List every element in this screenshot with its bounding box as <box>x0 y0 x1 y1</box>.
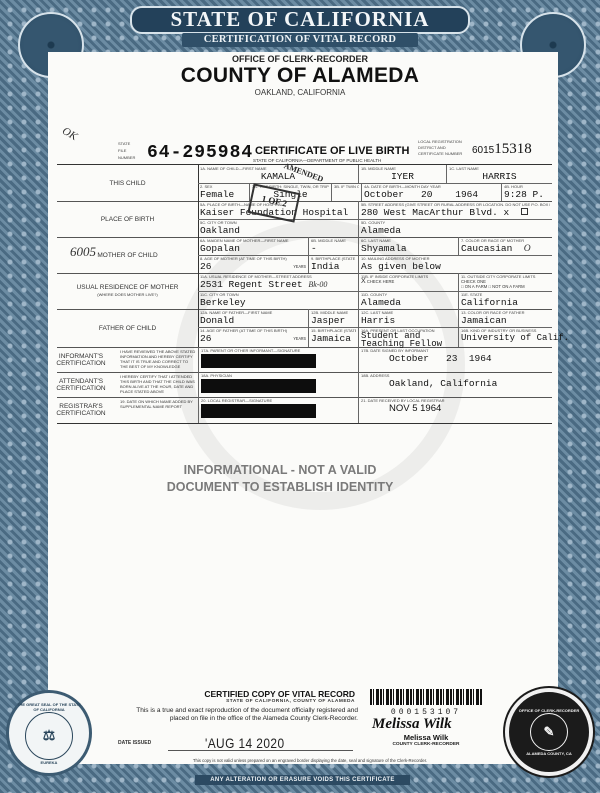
field-hour: 4b. HOUR9:28 P. <box>501 183 552 201</box>
state-file-labels: STATE FILE NUMBER <box>118 140 135 161</box>
seal-text: ALAMEDA COUNTY, CA <box>526 751 571 756</box>
field-child-last-name: 1c. LAST NAMEHARRIS <box>446 165 552 183</box>
field-date-received: 21. DATE RECEIVED BY LOCAL REGISTRARNOV … <box>358 397 552 423</box>
date-issued-line <box>168 750 353 751</box>
birth-day: 20 <box>421 189 432 200</box>
field-value: Jamaican <box>461 315 550 326</box>
field-value: 2531 Regent Street <box>200 279 303 290</box>
section-note: (WHERE DOES MOTHER LIVE?) <box>97 291 157 298</box>
field-outside-limits: 11. OUTSIDE CITY CORPORATE LIMITSCHECK O… <box>458 273 552 291</box>
alteration-warning: ANY ALTERATION OR ERASURE VOIDS THIS CER… <box>195 775 410 785</box>
field-value: Gopalan <box>200 243 306 254</box>
unit-label: YEARS <box>293 338 306 343</box>
field-mother-birthplace: 9. BIRTHPLACE (STATE OR FOREIGN COUNTRY)… <box>308 255 358 273</box>
book-quill-icon: ✎ <box>530 713 568 751</box>
field-value: 26 <box>200 261 211 272</box>
clerk-recorder-seal: OFFICE OF CLERK-RECORDER ✎ ALAMEDA COUNT… <box>505 688 593 776</box>
field-mother-age: 8. AGE OF MOTHER (AT TIME OF THIS BIRTH)… <box>198 255 308 273</box>
field-street-address: 5b. STREET ADDRESS (GIVE STREET OR RURAL… <box>358 201 552 219</box>
informational-notice: INFORMATIONAL - NOT A VALID DOCUMENT TO … <box>160 462 400 496</box>
field-father-occupation: 16a. PRESENT OR LAST OCCUPATIONStudent a… <box>358 327 458 347</box>
field-sex: 2. SEXFemale <box>198 183 249 201</box>
state-banner: STATE OF CALIFORNIA CERTIFICATION OF VIT… <box>130 6 470 50</box>
section-usual-residence: USUAL RESIDENCE OF MOTHER(WHERE DOES MOT… <box>57 273 199 309</box>
county-title: COUNTY OF ALAMEDA <box>0 64 600 88</box>
field-informant-date: 17b. DATE SIGNED BY INFORMANTOctober 23 … <box>358 347 552 372</box>
section-informant: INFORMANT'S CERTIFICATION <box>57 347 105 372</box>
local-registration-number: 601515318 <box>472 141 532 158</box>
registrar-statement: 19. DATE ON WHICH NAME ADDED BY SUPPLEME… <box>120 399 196 409</box>
field-local-registrar: 20. LOCAL REGISTRAR—SIGNATURE <box>198 397 358 423</box>
field-father-color: 13. COLOR OR RACE OF FATHERJamaican <box>458 309 552 327</box>
field-value: Harris <box>361 315 456 326</box>
row-informant: INFORMANT'S CERTIFICATION I HAVE REVIEWE… <box>57 347 552 373</box>
field-father-age: 14. AGE OF FATHER (AT TIME OF THIS BIRTH… <box>198 327 308 347</box>
handwritten-side-note: 6005 <box>70 244 96 260</box>
field-mother-last-name: 6c. LAST NAMEShyamala <box>358 237 458 255</box>
section-this-child: THIS CHILD <box>57 165 199 201</box>
field-value: Alameda <box>361 225 550 236</box>
file-label: FILE <box>118 147 135 154</box>
redaction-bar <box>201 354 316 368</box>
row-place-of-birth: PLACE OF BIRTH 5a. PLACE OF BIRTH—NAME O… <box>57 201 552 238</box>
field-value: KAMALA <box>200 171 356 182</box>
field-label: 18a. PHYSICIAN <box>201 373 356 378</box>
field-father-middle-name: 12b. MIDDLE NAMEJasper <box>308 309 358 327</box>
field-mother-middle-name: 6b. MIDDLE NAME- <box>308 237 358 255</box>
local-district: 6015 <box>472 145 494 156</box>
field-value: Jamaica <box>311 333 356 344</box>
clerk-signature: Melissa Wilk <box>372 716 452 733</box>
local-label: CERTIFICATE NUMBER <box>418 151 462 157</box>
banner-title: STATE OF CALIFORNIA <box>130 6 470 34</box>
inside-limits-checkbox: x <box>361 278 366 285</box>
section-father-of-child: FATHER OF CHILD <box>57 309 199 347</box>
section-place-of-birth: PLACE OF BIRTH <box>57 201 199 237</box>
section-label: USUAL RESIDENCE OF MOTHER <box>77 284 179 291</box>
seal-text: THE GREAT SEAL OF THE STATE OF CALIFORNI… <box>14 702 84 712</box>
inside-city-checkbox: x <box>504 207 510 218</box>
date-issued-label: DATE ISSUED <box>118 740 151 746</box>
field-value: 26 <box>200 333 211 344</box>
field-attendant-address: 18b. ADDRESSOakland, California <box>358 372 552 397</box>
row-registrar: REGISTRAR'S CERTIFICATION 19. DATE ON WH… <box>57 397 552 423</box>
field-father-birthplace: 15. BIRTHPLACE (STATE OR FOREIGN COUNTRY… <box>308 327 358 347</box>
row-father: FATHER OF CHILD 12a. NAME OF FATHER—FIRS… <box>57 309 552 348</box>
field-residence-street: 11a. USUAL RESIDENCE OF MOTHER—STREET AD… <box>198 273 358 291</box>
county-city: OAKLAND, CALIFORNIA <box>0 88 600 97</box>
field-value: As given below <box>361 261 550 272</box>
checkbox-label: CHECK HERE <box>367 279 394 284</box>
banner-subtitle: CERTIFICATION OF VITAL RECORD <box>182 33 418 47</box>
field-value: Jasper <box>311 315 356 326</box>
great-seal-of-california: THE GREAT SEAL OF THE STATE OF CALIFORNI… <box>6 690 92 776</box>
notice-line: DOCUMENT TO ESTABLISH IDENTITY <box>160 479 400 496</box>
handwritten-note: O <box>524 244 531 254</box>
field-value: Oakland <box>200 225 356 236</box>
clerk-title: COUNTY CLERK-RECORDER <box>370 742 482 747</box>
row-mother: MOTHER OF CHILD 6a. MAIDEN NAME OF MOTHE… <box>57 237 552 274</box>
field-label: 3b. IF TWIN OR TRIPLET, THIS CHILD BORN <box>334 184 359 189</box>
certification-statement: This is a true and exact reproduction of… <box>118 707 358 723</box>
field-value: University of Calif. <box>461 333 550 344</box>
notice-line: INFORMATIONAL - NOT A VALID <box>160 462 400 479</box>
birth-certificate-form: THIS CHILD 1a. NAME OF CHILD—FIRST NAMEK… <box>57 164 552 424</box>
section-attendant: ATTENDANT'S CERTIFICATION <box>57 372 105 397</box>
date-issued-value: 'AUG 14 2020 <box>205 735 284 751</box>
field-mother-color: 7. COLOR OR RACE OF MOTHERCaucasian O <box>458 237 552 255</box>
field-inside-limits: 11b. IF INSIDE CORPORATE LIMITSx CHECK H… <box>358 273 458 291</box>
unit-label: YEARS <box>293 266 306 271</box>
birth-year: 1964 <box>455 189 478 200</box>
field-residence-city: 11c. CITY OR TOWNBerkeley <box>198 291 358 309</box>
field-value: HARRIS <box>449 171 550 182</box>
field-value: 9:28 P. <box>504 189 550 200</box>
section-registrar: REGISTRAR'S CERTIFICATION <box>57 397 105 423</box>
row-attendant: ATTENDANT'S CERTIFICATION I HEREBY CERTI… <box>57 372 552 398</box>
field-label: 17a. PARENT OR OTHER INFORMANT—SIGNATURE <box>201 348 356 353</box>
field-date-of-birth: 4a. DATE OF BIRTH—MONTH DAY YEAROctober … <box>361 183 501 201</box>
certificate-title: CERTIFICATE OF LIVE BIRTH <box>255 145 409 157</box>
field-value: IYER <box>361 171 444 182</box>
field-child-middle-name: 1b. MIDDLE NAMEIYER <box>358 165 446 183</box>
field-value: California <box>461 297 550 308</box>
redaction-bar <box>201 379 316 393</box>
field-physician: 18a. PHYSICIAN <box>198 372 358 397</box>
birth-month: October <box>364 189 404 200</box>
field-father-industry: 16b. KIND OF INDUSTRY OR BUSINESSUnivers… <box>458 327 552 347</box>
certified-copy-title: CERTIFIED COPY OF VITAL RECORD <box>195 689 355 699</box>
field-value: Caucasian <box>461 243 512 254</box>
local-registration-labels: LOCAL REGISTRATION DISTRICT AND CERTIFIC… <box>418 139 462 157</box>
office-name: OFFICE OF CLERK-RECORDER <box>0 54 600 64</box>
field-label: 20. LOCAL REGISTRAR—SIGNATURE <box>201 398 356 403</box>
field-value: - <box>311 243 356 254</box>
field-birth-city: 5c. CITY OR TOWNOakland <box>198 219 358 237</box>
field-value: Donald <box>200 315 306 326</box>
outside-city-checkbox <box>521 208 528 215</box>
local-certificate-number: 15318 <box>494 141 532 157</box>
redaction-bar <box>201 404 316 418</box>
field-residence-county: 11d. COUNTYAlameda <box>358 291 458 309</box>
attendant-statement: I HEREBY CERTIFY THAT I ATTENDED THIS BI… <box>120 374 196 394</box>
barcode <box>370 689 482 705</box>
field-value: NOV 5 1964 <box>361 403 550 414</box>
informant-statement: I HAVE REVIEWED THE ABOVE STATED INFORMA… <box>120 349 196 369</box>
minerva-emblem-icon: ⚖ <box>25 712 73 760</box>
file-label: NUMBER <box>118 154 135 161</box>
field-child-first-name: 1a. NAME OF CHILD—FIRST NAMEKAMALA <box>198 165 358 183</box>
certificate-subtitle: STATE OF CALIFORNIA—DEPARTMENT OF PUBLIC… <box>253 158 381 163</box>
certified-copy-subtitle: STATE OF CALIFORNIA, COUNTY OF ALAMEDA <box>200 699 355 704</box>
seal-motto: EUREKA <box>41 760 58 765</box>
state-file-number: 64-295984 <box>147 143 253 163</box>
field-value: October 23 1964 <box>361 353 550 364</box>
field-informant-signature: 17a. PARENT OR OTHER INFORMANT—SIGNATURE <box>198 347 358 372</box>
field-value: Berkeley <box>200 297 356 308</box>
handwritten-note: Bk-00 <box>308 280 327 289</box>
field-value: 280 West MacArthur Blvd. <box>361 207 498 218</box>
field-father-first-name: 12a. NAME OF FATHER—FIRST NAMEDonald <box>198 309 308 327</box>
field-value: Oakland, California <box>361 378 550 389</box>
field-birth-county: 5d. COUNTYAlameda <box>358 219 552 237</box>
field-value: Shyamala <box>361 243 456 254</box>
on-farm-checkbox: ON A FARM <box>465 284 488 289</box>
field-value: Female <box>200 189 247 200</box>
field-father-last-name: 12c. LAST NAMEHarris <box>358 309 458 327</box>
field-mother-mailing-address: 10. MAILING ADDRESS OF MOTHERAs given be… <box>358 255 552 273</box>
field-value: India <box>311 261 356 272</box>
not-on-farm-checkbox: NOT ON A FARM <box>492 284 525 289</box>
row-residence: USUAL RESIDENCE OF MOTHER(WHERE DOES MOT… <box>57 273 552 310</box>
field-value: Alameda <box>361 297 456 308</box>
field-birth-order: 3b. IF TWIN OR TRIPLET, THIS CHILD BORN <box>331 183 361 201</box>
field-mother-maiden-name: 6a. MAIDEN NAME OF MOTHER—FIRST NAMEGopa… <box>198 237 308 255</box>
validity-disclaimer: This copy is not valid unless prepared o… <box>140 758 480 763</box>
file-label: STATE <box>118 140 135 147</box>
field-residence-state: 11e. STATECalifornia <box>458 291 552 309</box>
clerk-name: Melissa Wilk <box>370 733 482 742</box>
